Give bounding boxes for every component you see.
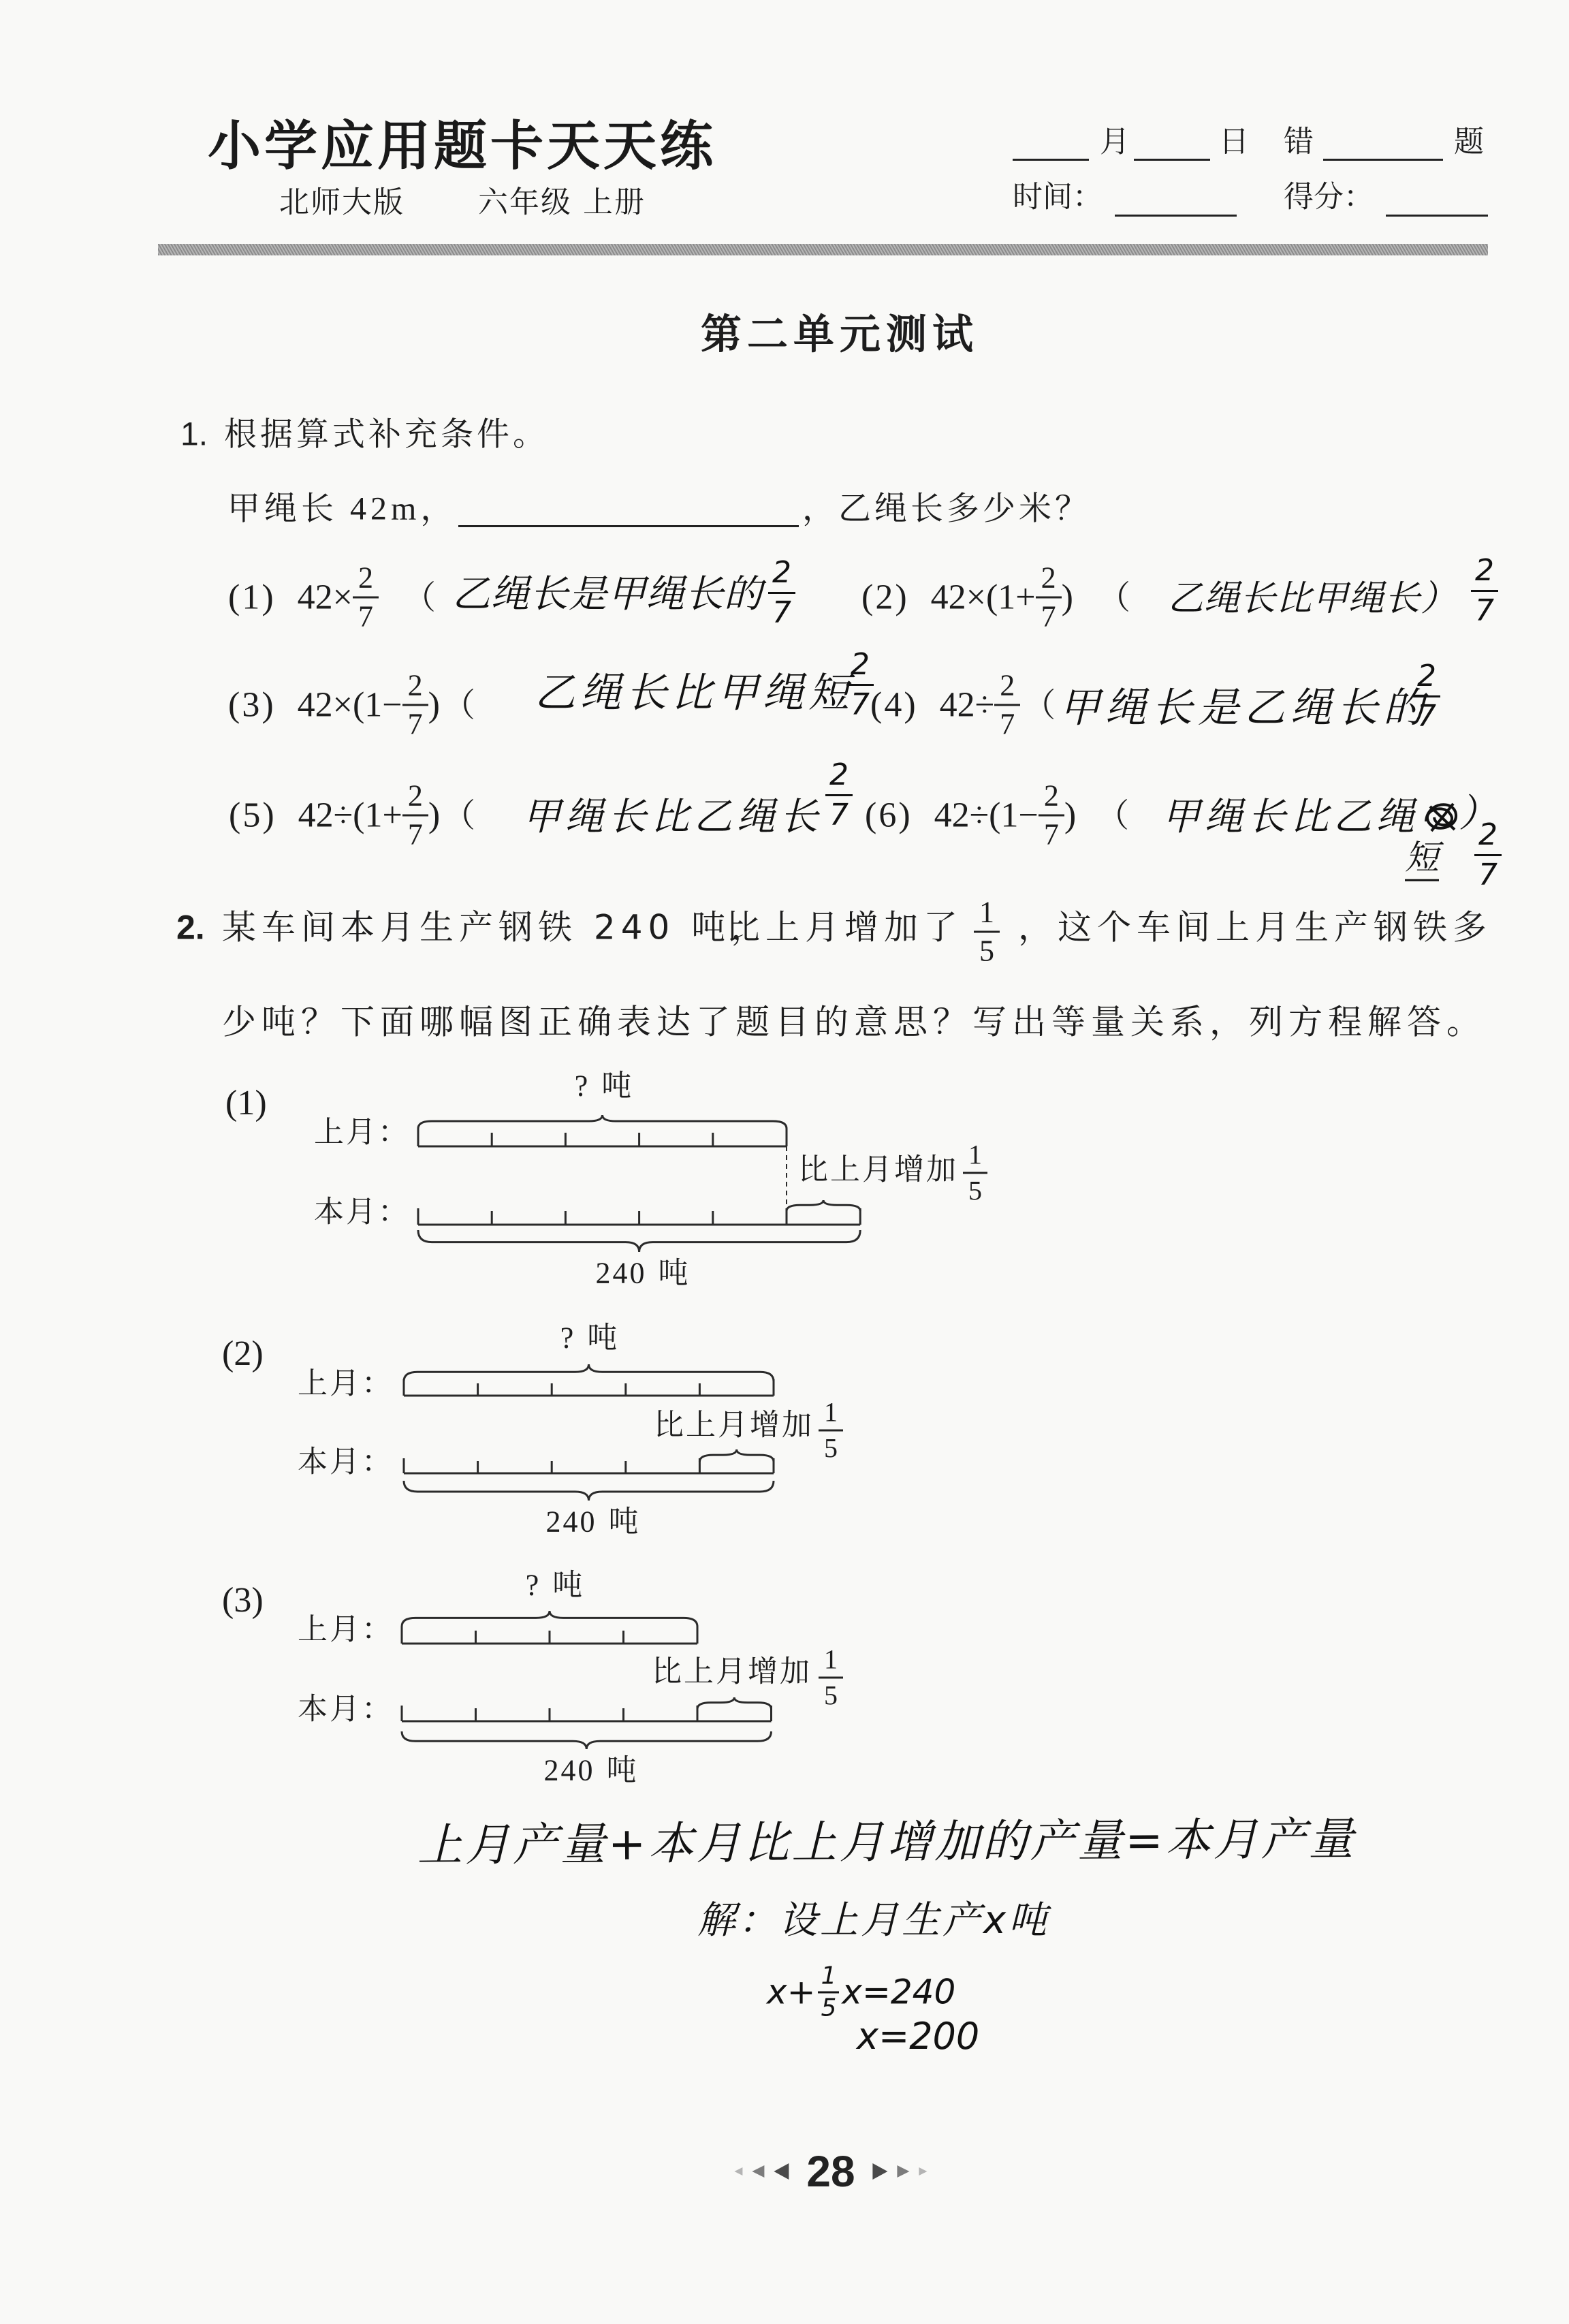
total-value: 240 [596, 1257, 647, 1290]
question-unit: 吨 [552, 1568, 584, 1603]
q2-handwritten-relation: 上月产量+本月比上月增加的产量=本月产量 [417, 1813, 1357, 1872]
arrow-left-medium-icon [752, 2165, 764, 2178]
q2-handwritten-solution: x=200 [857, 2015, 979, 2058]
fraction-denominator: 5 [818, 1992, 839, 2021]
arrow-left-large-icon [774, 2163, 789, 2180]
increase-brace-icon [697, 1697, 772, 1709]
diagram-2-total: 240 吨 [546, 1505, 641, 1540]
total-brace-icon [402, 1731, 772, 1749]
question-unit: 吨 [601, 1069, 633, 1103]
fraction-numerator: 1 [819, 1399, 843, 1430]
increase-brace-icon [699, 1449, 774, 1462]
fraction-numerator: 1 [819, 1646, 843, 1677]
arrow-right-large-icon [873, 2163, 888, 2180]
total-brace-icon [418, 1230, 860, 1252]
diagram-3-label: (3) [222, 1580, 264, 1621]
diagram-3-upper-label: 上月： [298, 1613, 394, 1648]
arrow-left-small-icon [734, 2167, 742, 2176]
total-unit: 吨 [607, 1753, 639, 1788]
fraction-numerator: 1 [818, 1964, 839, 1992]
diagram-2-upper-label: 上月： [298, 1367, 394, 1402]
diagram-1-upper-label: 上月： [314, 1116, 410, 1150]
total-unit: 吨 [609, 1505, 641, 1539]
fraction-denominator: 5 [963, 1172, 987, 1205]
arrow-right-small-icon [919, 2167, 928, 2176]
upper-brace-icon [402, 1611, 697, 1627]
page-number-footer: 28 [734, 2150, 927, 2193]
diagram-2-increase-fraction: 15 [819, 1399, 843, 1462]
q2-handwritten-let: 解：设上月生产x吨 [697, 1899, 1049, 1943]
total-value: 240 [544, 1754, 595, 1787]
arrow-right-medium-icon [898, 2165, 910, 2178]
q2-handwritten-equation: x+ 15 x=240 [767, 1964, 955, 2021]
question-mark: ? [575, 1069, 590, 1103]
question-unit: 吨 [587, 1321, 619, 1355]
fraction-denominator: 5 [819, 1677, 843, 1710]
total-unit: 吨 [659, 1256, 691, 1291]
diagram-1-increase-fraction: 15 [963, 1142, 987, 1205]
fraction-denominator: 5 [819, 1430, 843, 1462]
diagram-2-increase-label: 比上月增加 [654, 1409, 814, 1443]
question-mark: ? [526, 1569, 541, 1602]
diagram-1-total: 240 吨 [596, 1257, 691, 1291]
diagram-3-total: 240 吨 [544, 1754, 639, 1789]
equation-fraction: 15 [818, 1964, 839, 2021]
upper-brace-icon [418, 1115, 787, 1129]
page-number: 28 [806, 2150, 855, 2193]
diagram-1-increase-label: 比上月增加 [798, 1153, 958, 1188]
diagram-2-lower-label: 本月： [298, 1445, 394, 1480]
diagram-2-question: ? 吨 [560, 1321, 620, 1356]
upper-brace-icon [404, 1364, 774, 1381]
diagram-1-question: ? 吨 [575, 1069, 634, 1104]
diagram-1-lower-label: 本月： [314, 1195, 410, 1230]
diagram-3-increase-fraction: 15 [819, 1646, 843, 1710]
diagram-2-label: (2) [222, 1334, 264, 1375]
diagram-1-label: (1) [225, 1083, 267, 1124]
fraction-numerator: 1 [963, 1142, 987, 1172]
equation-prefix: x+ [767, 1973, 815, 2012]
total-value: 240 [546, 1505, 597, 1539]
diagram-3-lower-label: 本月： [298, 1693, 394, 1727]
equation-suffix: x=240 [842, 1973, 955, 2012]
question-mark: ? [560, 1321, 576, 1355]
diagram-3-question: ? 吨 [526, 1569, 585, 1603]
increase-brace-icon [787, 1200, 860, 1211]
total-brace-icon [404, 1481, 774, 1501]
worksheet-page: 小学应用题卡天天练 北师大版 六年级 上册 月 日 错 题 时间： 得分： 第二… [0, 0, 1569, 2324]
diagram-3-increase-label: 比上月增加 [652, 1655, 812, 1690]
